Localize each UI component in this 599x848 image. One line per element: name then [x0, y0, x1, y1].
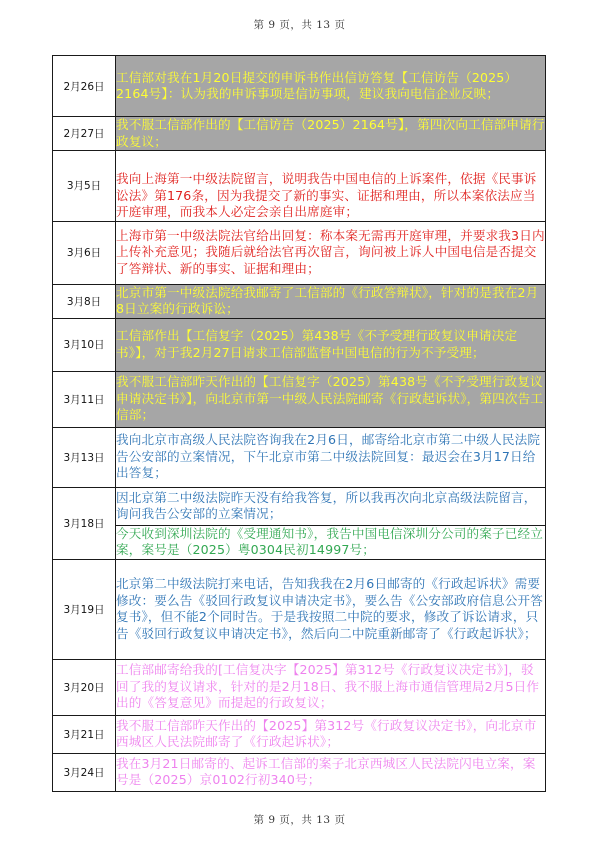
date-cell: 3月6日	[53, 221, 116, 284]
event-description: 我不服工信部昨天作出的【2025】第312号《行政复议决定书》，向北京市西城区人…	[116, 715, 546, 753]
date-cell: 3月11日	[53, 371, 116, 427]
date-cell: 2月26日	[53, 56, 116, 117]
table-row: 3月24日 我在3月21日邮寄的、起诉工信部的案子北京西城区人民法院闪电立案，案…	[53, 753, 546, 791]
event-log-table: 2月26日 工信部对我在1月20日提交的申诉书作出信访答复【工信访告（2025）…	[52, 55, 546, 792]
event-description: 我向北京市高级人民法院咨询我在2月6日，邮寄给北京市第二中级人民法院告公安部的立…	[116, 427, 546, 487]
table-row: 2月27日 我不服工信部作出的【工信访告（2025）2164号】，第四次向工信部…	[53, 117, 546, 151]
table-row: 3月11日 我不服工信部昨天作出的【工信复字（2025）第438号《不予受理行政…	[53, 371, 546, 427]
date-cell: 3月21日	[53, 715, 116, 753]
page-footer-page-number: 第 9 页，共 13 页	[0, 812, 599, 827]
event-description: 我在3月21日邮寄的、起诉工信部的案子北京西城区人民法院闪电立案，案号是（202…	[116, 753, 546, 791]
table-row: 3月18日 因北京第二中级法院昨天没有给我答复，所以我再次向北京高级法院留言，询…	[53, 487, 546, 525]
event-description: 北京市第一中级法院给我邮寄了工信部的《行政答辩状》，针对的是我在2月8日立案的行…	[116, 284, 546, 318]
date-cell: 3月8日	[53, 284, 116, 318]
event-description: 北京第二中级法院打来电话，告知我我在2月6日邮寄的《行政起诉状》需要修改：要么告…	[116, 559, 546, 659]
event-description: 工信部邮寄给我的[工信复决字【2025】第312号《行政复议决定书》]，驳回了我…	[116, 659, 546, 715]
date-cell: 2月27日	[53, 117, 116, 151]
date-cell: 3月19日	[53, 559, 116, 659]
event-description: 我不服工信部作出的【工信访告（2025）2164号】，第四次向工信部申请行政复议…	[116, 117, 546, 151]
table-row: 今天收到深圳法院的《受理通知书》，我告中国电信深圳分公司的案子已经立案，案号是（…	[53, 525, 546, 559]
date-cell: 3月18日	[53, 487, 116, 559]
event-description: 因北京第二中级法院昨天没有给我答复，所以我再次向北京高级法院留言，询问我告公安部…	[116, 487, 546, 525]
date-cell: 3月13日	[53, 427, 116, 487]
table-row: 2月26日 工信部对我在1月20日提交的申诉书作出信访答复【工信访告（2025）…	[53, 56, 546, 117]
event-description: 工信部对我在1月20日提交的申诉书作出信访答复【工信访告（2025）2164号】…	[116, 56, 546, 117]
event-description: 上海市第一中级法院法官给出回复：称本案无需再开庭审理，并要求我3日内上传补充意见…	[116, 221, 546, 284]
event-description: 我向上海第一中级法院留言，说明我告中国电信的上诉案件，依据《民事诉讼法》第176…	[116, 151, 546, 222]
event-description: 我不服工信部昨天作出的【工信复字（2025）第438号《不予受理行政复议申请决定…	[116, 371, 546, 427]
table-row: 3月6日 上海市第一中级法院法官给出回复：称本案无需再开庭审理，并要求我3日内上…	[53, 221, 546, 284]
table-row: 3月19日 北京第二中级法院打来电话，告知我我在2月6日邮寄的《行政起诉状》需要…	[53, 559, 546, 659]
date-cell: 3月20日	[53, 659, 116, 715]
table-row: 3月8日 北京市第一中级法院给我邮寄了工信部的《行政答辩状》，针对的是我在2月8…	[53, 284, 546, 318]
event-description: 工信部作出【工信复字（2025）第438号《不予受理行政复议申请决定书》】，对于…	[116, 318, 546, 371]
page-header-page-number: 第 9 页，共 13 页	[0, 17, 599, 32]
date-cell: 3月24日	[53, 753, 116, 791]
date-cell: 3月5日	[53, 151, 116, 222]
table-row: 3月10日 工信部作出【工信复字（2025）第438号《不予受理行政复议申请决定…	[53, 318, 546, 371]
table-row: 3月5日 我向上海第一中级法院留言，说明我告中国电信的上诉案件，依据《民事诉讼法…	[53, 151, 546, 222]
event-description: 今天收到深圳法院的《受理通知书》，我告中国电信深圳分公司的案子已经立案，案号是（…	[116, 525, 546, 559]
table-row: 3月13日 我向北京市高级人民法院咨询我在2月6日，邮寄给北京市第二中级人民法院…	[53, 427, 546, 487]
date-cell: 3月10日	[53, 318, 116, 371]
table-row: 3月20日 工信部邮寄给我的[工信复决字【2025】第312号《行政复议决定书》…	[53, 659, 546, 715]
table-row: 3月21日 我不服工信部昨天作出的【2025】第312号《行政复议决定书》，向北…	[53, 715, 546, 753]
